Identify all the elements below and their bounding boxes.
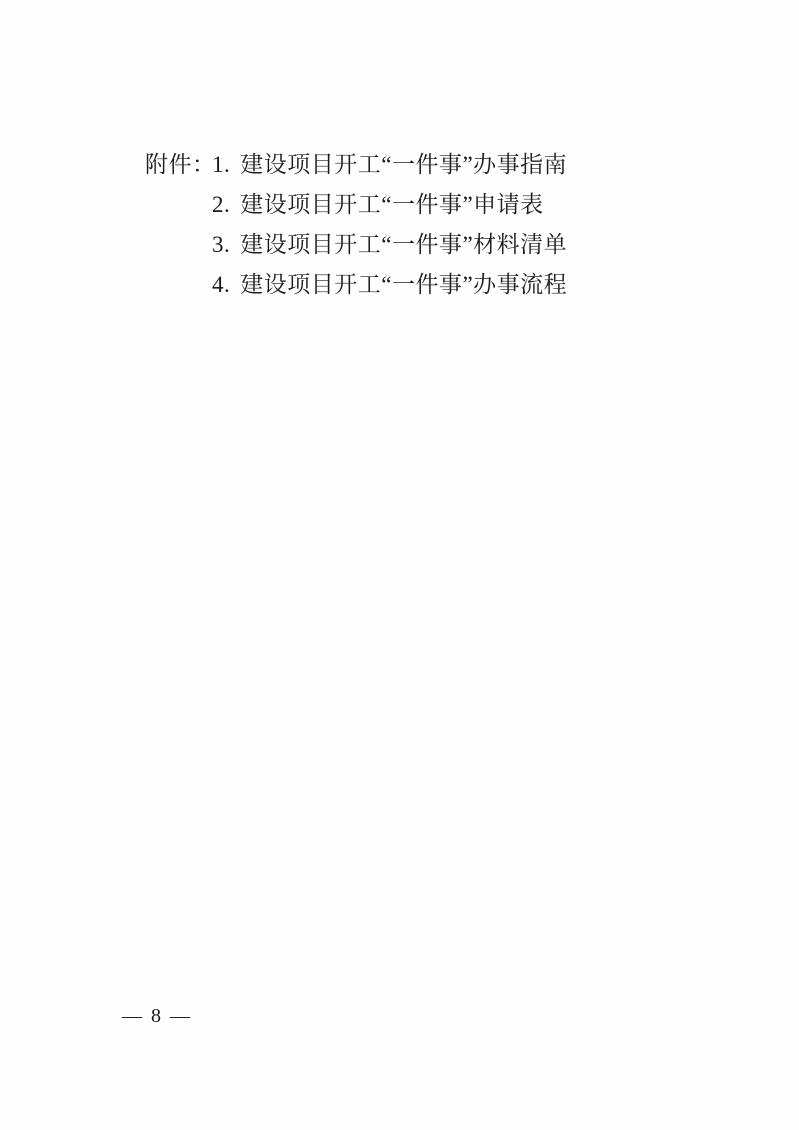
page-number: — 8 — — [122, 1002, 192, 1030]
attachment-item-title: 建设项目开工“一件事”办事流程 — [240, 265, 567, 305]
attachment-label: 附件： — [145, 145, 212, 185]
attachment-item-title: 建设项目开工“一件事”办事指南 — [240, 145, 567, 185]
attachment-line-3: 3. 建设项目开工“一件事”材料清单 — [145, 225, 567, 265]
attachment-item-title: 建设项目开工“一件事”申请表 — [240, 185, 543, 225]
attachment-item-number: 1. — [212, 145, 230, 185]
attachment-list: 附件： 1. 建设项目开工“一件事”办事指南 2. 建设项目开工“一件事”申请表… — [145, 145, 567, 305]
attachment-line-2: 2. 建设项目开工“一件事”申请表 — [145, 185, 567, 225]
attachment-item-number: 2. — [212, 185, 230, 225]
attachment-item-number: 4. — [212, 265, 230, 305]
attachment-item-title: 建设项目开工“一件事”材料清单 — [240, 225, 567, 265]
attachment-item-number: 3. — [212, 225, 230, 265]
document-page: 附件： 1. 建设项目开工“一件事”办事指南 2. 建设项目开工“一件事”申请表… — [0, 0, 799, 1130]
attachment-line-1: 附件： 1. 建设项目开工“一件事”办事指南 — [145, 145, 567, 185]
attachment-line-4: 4. 建设项目开工“一件事”办事流程 — [145, 265, 567, 305]
